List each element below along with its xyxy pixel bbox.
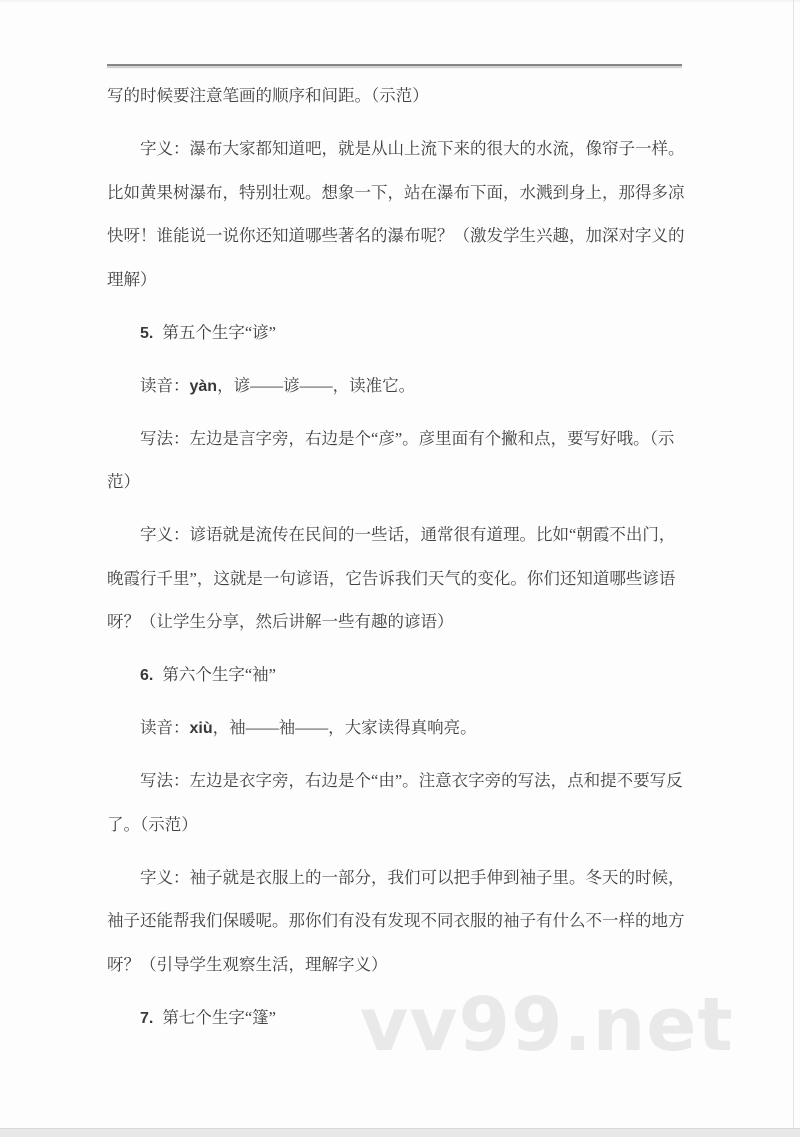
text-line: 袖子还能帮我们保暖呢。那你们有没有发现不同衣服的袖子有什么不一样的地方 bbox=[107, 899, 707, 943]
text-line: 晚霞行千里”，这就是一句谚语，它告诉我们天气的变化。你们还知道哪些谚语 bbox=[107, 557, 707, 601]
page-top-edge bbox=[0, 0, 800, 2]
numbered-heading-line: 7.第七个生字“篷” bbox=[107, 996, 707, 1040]
header-rule bbox=[107, 64, 682, 66]
text-line: 比如黄果树瀑布，特别壮观。想象一下，站在瀑布下面，水溅到身上，那得多凉 bbox=[107, 171, 707, 215]
text-line: 了。（示范） bbox=[107, 803, 707, 847]
text-segment: ，袖——袖——，大家读得真响亮。 bbox=[213, 718, 477, 737]
paragraph: 7.第七个生字“篷” bbox=[107, 996, 707, 1040]
text-line: 写法：左边是衣字旁，右边是个“由”。注意衣字旁的写法，点和提不要写反 bbox=[107, 759, 707, 803]
paragraph: 写的时候要注意笔画的顺序和间距。（示范） bbox=[107, 74, 707, 118]
paragraph: 写法：左边是言字旁，右边是个“彦”。彦里面有个撇和点，要写好哦。（示 范） bbox=[107, 417, 707, 504]
paragraph: 写法：左边是衣字旁，右边是个“由”。注意衣字旁的写法，点和提不要写反 了。（示范… bbox=[107, 759, 707, 846]
text-segment: 读音： bbox=[140, 718, 190, 737]
paragraph: 字义：袖子就是衣服上的一部分，我们可以把手伸到袖子里。冬天的时候， 袖子还能帮我… bbox=[107, 856, 707, 987]
numbered-heading-line: 6.第六个生字“袖” bbox=[107, 653, 707, 697]
document-body: 写的时候要注意笔画的顺序和间距。（示范） 字义：瀑布大家都知道吧，就是从山上流下… bbox=[107, 74, 707, 1049]
text-line: 呀？（让学生分享，然后讲解一些有趣的谚语） bbox=[107, 600, 707, 644]
paragraph: 读音：yàn，谚——谚——，读准它。 bbox=[107, 364, 707, 408]
pinyin-text: xiù bbox=[190, 720, 213, 737]
page-right-edge bbox=[793, 0, 794, 1137]
item-number: 7. bbox=[140, 1010, 153, 1027]
paragraph: 读音：xiù，袖——袖——，大家读得真响亮。 bbox=[107, 706, 707, 750]
text-line: 范） bbox=[107, 460, 707, 504]
text-line: 字义：谚语就是流传在民间的一些话，通常很有道理。比如“朝霞不出门， bbox=[107, 513, 707, 557]
pronunciation-line: 读音：xiù，袖——袖——，大家读得真响亮。 bbox=[107, 706, 707, 750]
heading-text: 第七个生字“篷” bbox=[162, 1008, 276, 1027]
text-segment: ，谚——谚——，读准它。 bbox=[217, 376, 415, 395]
paragraph: 5.第五个生字“谚” bbox=[107, 311, 707, 355]
page-bottom-edge bbox=[0, 1128, 800, 1137]
numbered-heading-line: 5.第五个生字“谚” bbox=[107, 311, 707, 355]
text-line: 快呀！谁能说一说你还知道哪些著名的瀑布呢？（激发学生兴趣，加深对字义的 bbox=[107, 214, 707, 258]
item-number: 6. bbox=[140, 667, 153, 684]
text-line: 呀？（引导学生观察生活，理解字义） bbox=[107, 943, 707, 987]
paragraph: 字义：谚语就是流传在民间的一些话，通常很有道理。比如“朝霞不出门， 晚霞行千里”… bbox=[107, 513, 707, 644]
text-line: 写法：左边是言字旁，右边是个“彦”。彦里面有个撇和点，要写好哦。（示 bbox=[107, 417, 707, 461]
paragraph: 字义：瀑布大家都知道吧，就是从山上流下来的很大的水流，像帘子一样。 比如黄果树瀑… bbox=[107, 127, 707, 301]
heading-text: 第五个生字“谚” bbox=[162, 323, 276, 342]
item-number: 5. bbox=[140, 325, 153, 342]
text-segment: 读音： bbox=[140, 376, 190, 395]
text-line: 字义：瀑布大家都知道吧，就是从山上流下来的很大的水流，像帘子一样。 bbox=[107, 127, 707, 171]
heading-text: 第六个生字“袖” bbox=[162, 665, 276, 684]
text-line: 理解） bbox=[107, 258, 707, 302]
text-line: 字义：袖子就是衣服上的一部分，我们可以把手伸到袖子里。冬天的时候， bbox=[107, 856, 707, 900]
document-page: vv99.net 写的时候要注意笔画的顺序和间距。（示范） 字义：瀑布大家都知道… bbox=[0, 0, 800, 1137]
pronunciation-line: 读音：yàn，谚——谚——，读准它。 bbox=[107, 364, 707, 408]
text-line: 写的时候要注意笔画的顺序和间距。（示范） bbox=[107, 74, 707, 118]
paragraph: 6.第六个生字“袖” bbox=[107, 653, 707, 697]
pinyin-text: yàn bbox=[190, 378, 218, 395]
